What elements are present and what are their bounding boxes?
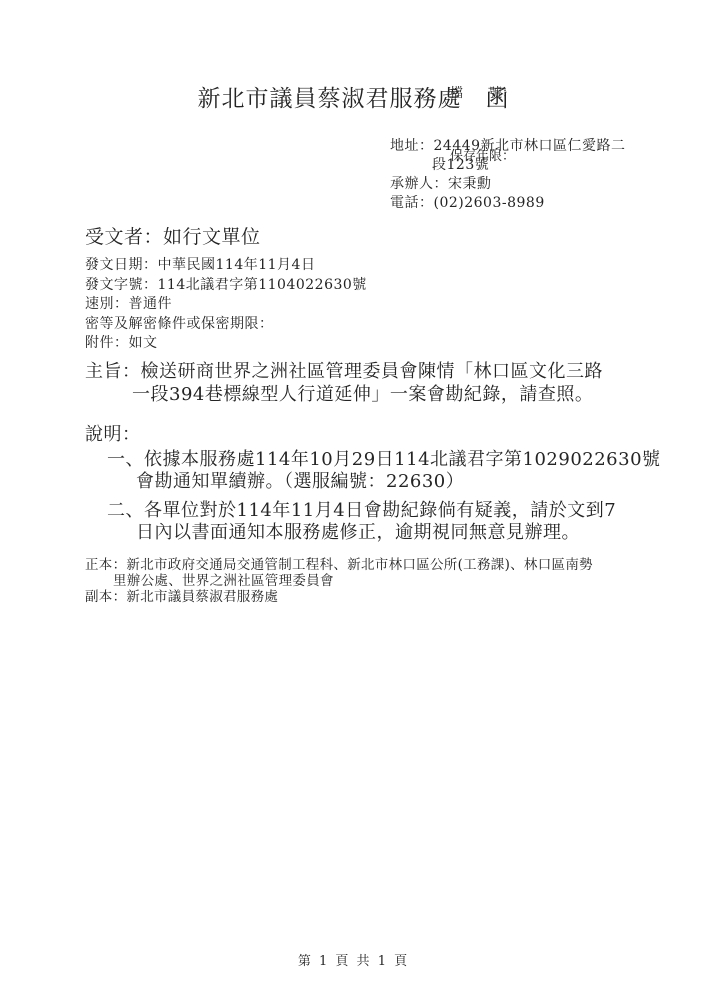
document-meta-block: 發文日期：中華民國114年11月4日 發文字號：114北議君字第11040226… [85, 256, 367, 354]
description-item-2-line1: 二、各單位對於114年11月4日會勘紀錄倘有疑義，請於文到7 [85, 500, 661, 522]
original-copy-line1: 正本：新北市政府交通局交通管制工程科、新北市林口區公所(工務課)、林口區南勢 [85, 557, 593, 573]
sender-info-block: 地址：24449新北市林口區仁愛路二 段123號 承辦人：宋秉勳 電話：(02)… [390, 137, 626, 213]
document-title: 新北市議員蔡淑君服務處 函 [0, 80, 707, 113]
doc-number-line: 發文字號：114北議君字第1104022630號 [85, 276, 367, 296]
page-number-footer: 第 1 頁 共 1 頁 [0, 950, 707, 969]
original-copy-line2: 里辦公處、世界之洲社區管理委員會 [85, 573, 593, 589]
description-item-1-line1: 一、依據本服務處114年10月29日114北議君字第1029022630號 [85, 449, 661, 471]
description-item-2-line2: 日內以書面通知本服務處修正，逾期視同無意見辦理。 [85, 522, 661, 544]
distribution-block: 正本：新北市政府交通局交通管制工程科、新北市林口區公所(工務課)、林口區南勢 里… [85, 557, 593, 605]
description-item-2: 二、各單位對於114年11月4日會勘紀錄倘有疑義，請於文到7 日內以書面通知本服… [85, 500, 661, 544]
recipient-line: 受文者：如行文單位 [85, 222, 261, 249]
sender-address-line2: 段123號 [390, 156, 626, 175]
sender-contact-person: 承辦人：宋秉勳 [390, 175, 626, 194]
attachment-line: 附件：如文 [85, 334, 367, 354]
subject-line2: 一段394巷標線型人行道延伸」一案會勘紀錄，請查照。 [85, 383, 603, 406]
official-letter-page: 檔 號： 保存年限： 新北市議員蔡淑君服務處 函 地址：24449新北市林口區仁… [0, 0, 707, 1000]
speed-class-line: 速別：普通件 [85, 295, 367, 315]
sender-phone: 電話：(02)2603-8989 [390, 194, 626, 213]
issue-date-line: 發文日期：中華民國114年11月4日 [85, 256, 367, 276]
description-block: 說明： 一、依據本服務處114年10月29日114北議君字第1029022630… [85, 423, 661, 544]
subject-line1: 主旨：檢送研商世界之洲社區管理委員會陳情「林口區文化三路 [85, 360, 603, 383]
sender-address-line1: 地址：24449新北市林口區仁愛路二 [390, 137, 626, 156]
description-item-1-line2: 會勘通知單續辦。（選服編號：22630） [85, 471, 661, 493]
subject-block: 主旨：檢送研商世界之洲社區管理委員會陳情「林口區文化三路 一段394巷標線型人行… [85, 360, 603, 406]
description-item-1: 一、依據本服務處114年10月29日114北議君字第1029022630號 會勘… [85, 449, 661, 493]
description-heading: 說明： [85, 423, 661, 446]
security-class-line: 密等及解密條件或保密期限： [85, 315, 367, 335]
carbon-copy-line: 副本：新北市議員蔡淑君服務處 [85, 589, 593, 605]
